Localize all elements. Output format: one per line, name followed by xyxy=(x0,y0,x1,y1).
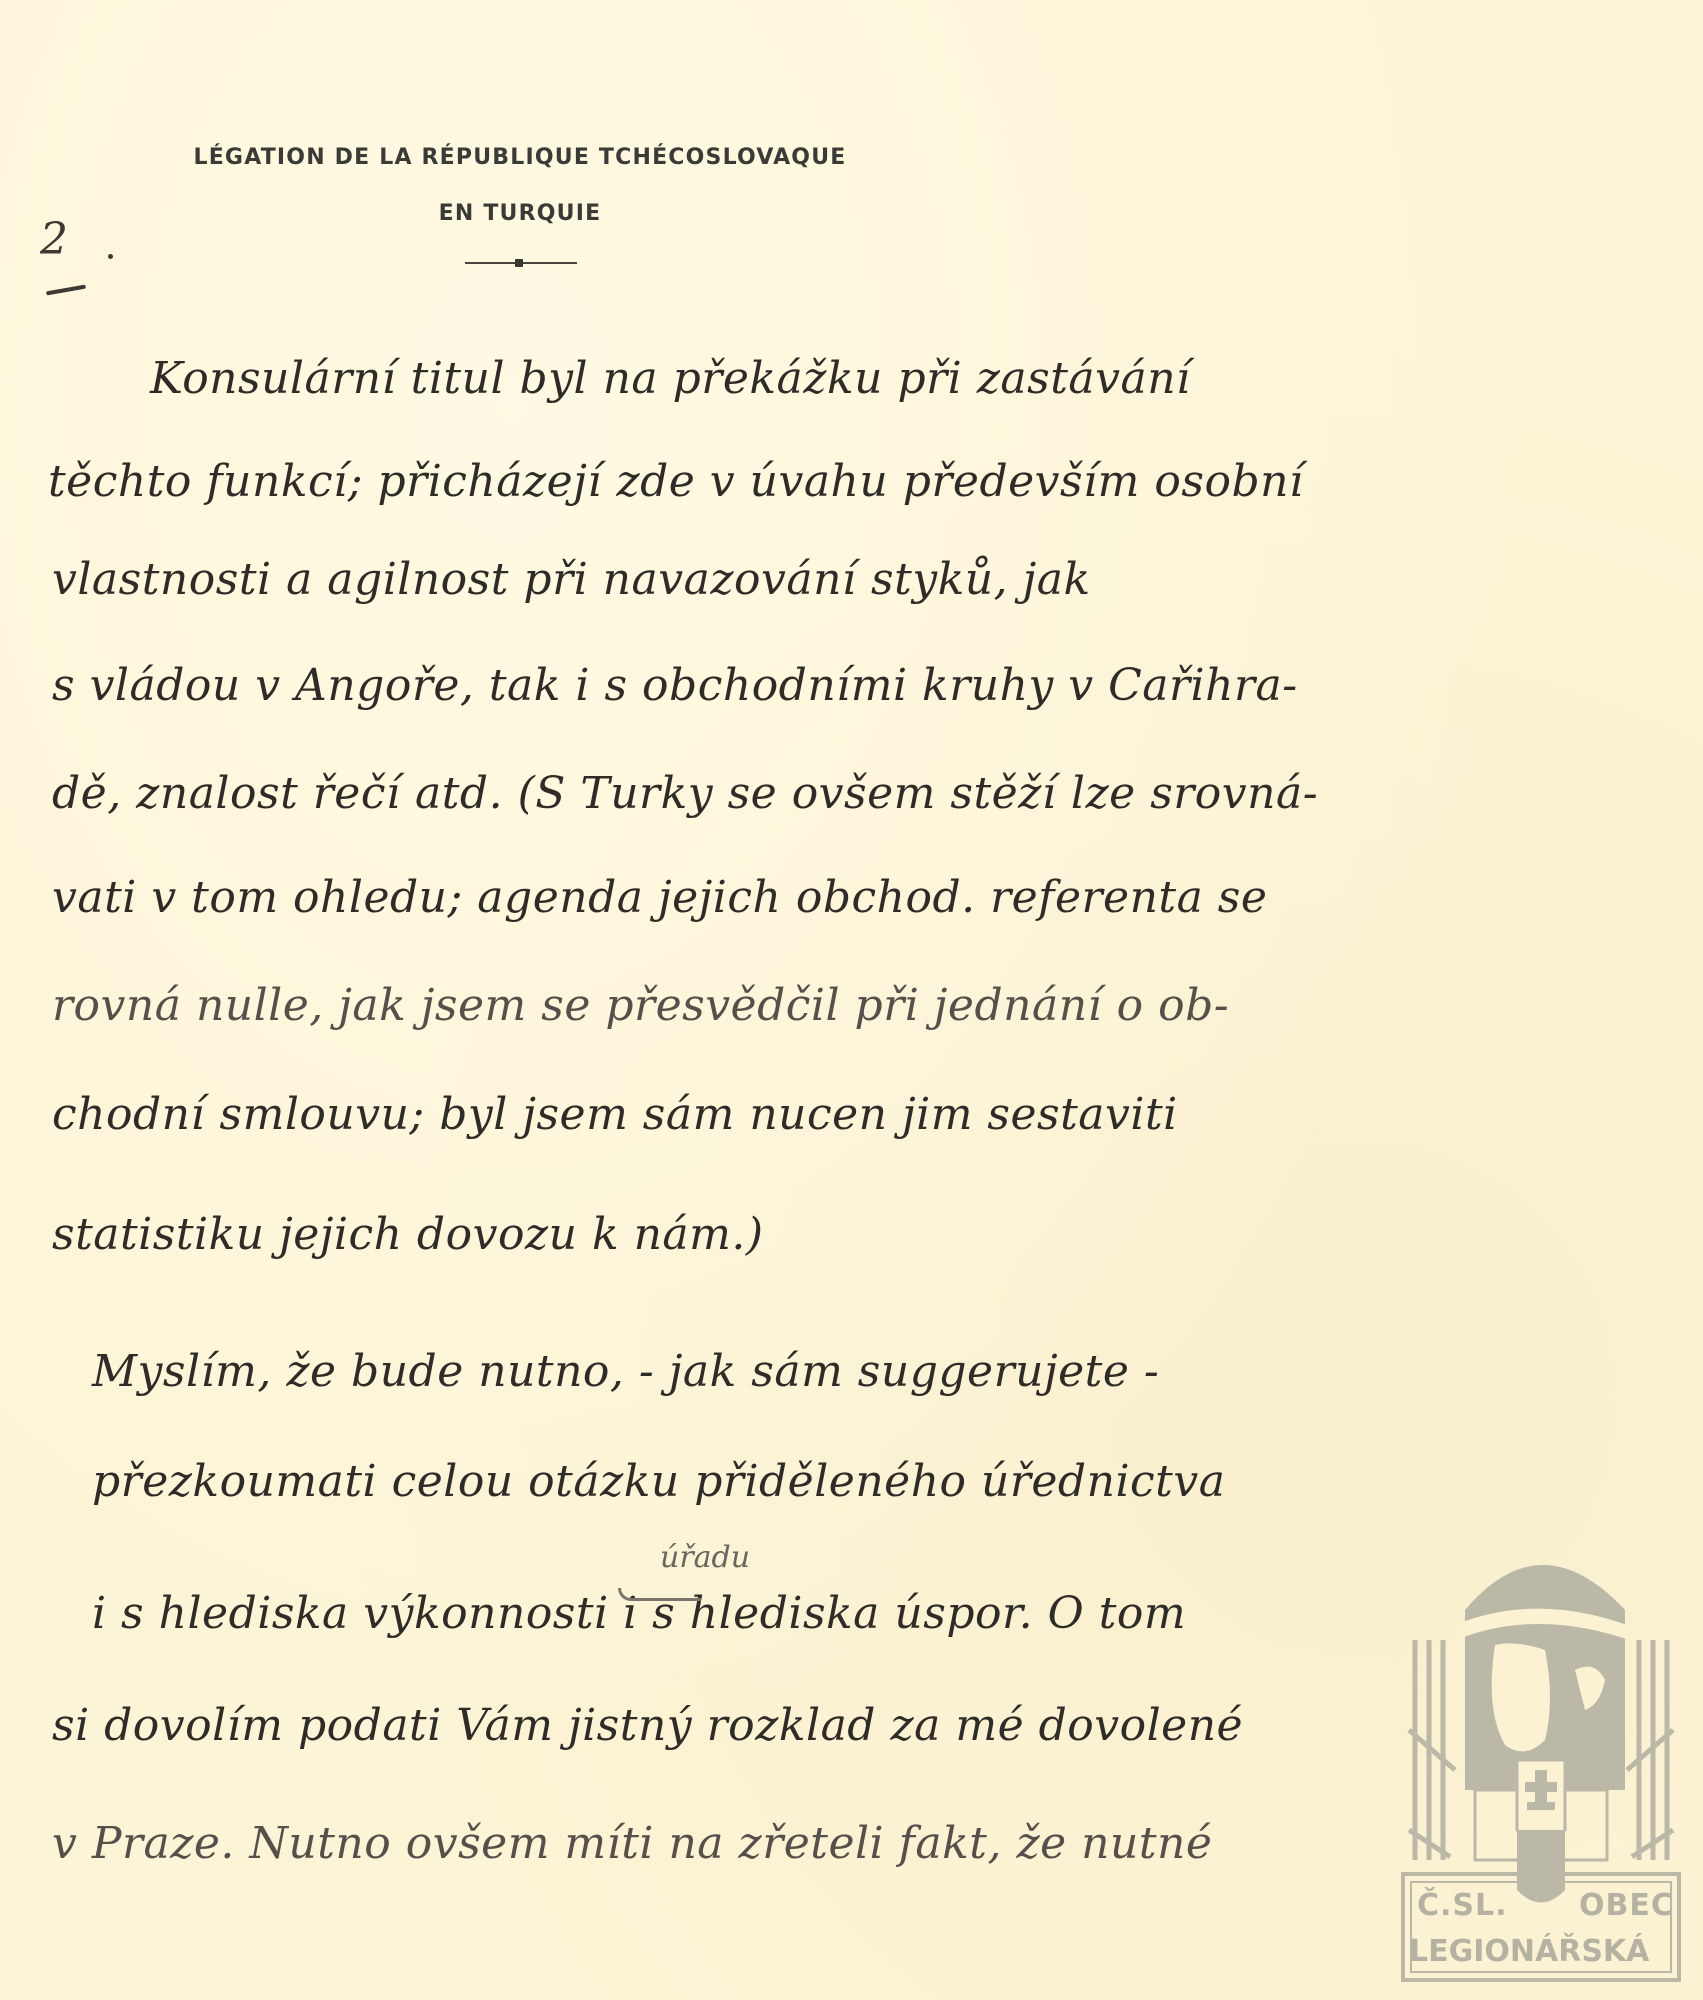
handwritten-line: statistiku jejich dovozu k nám.) xyxy=(52,1213,764,1257)
watermark-obec: OBEC xyxy=(1579,1888,1674,1923)
handwritten-insertion: úřadu xyxy=(660,1540,750,1575)
watermark-label-top: Č.SL. OBEC xyxy=(1417,1888,1508,1923)
watermark-stamp: Č.SL. OBEC LEGIONÁŘSKÁ xyxy=(1395,1530,1687,1988)
insertion-caret-mark xyxy=(618,1588,701,1601)
watermark-legionarska: LEGIONÁŘSKÁ xyxy=(1409,1934,1649,1969)
handwritten-line: vlastnosti a agilnost při navazování sty… xyxy=(52,558,1091,602)
handwritten-line: vati v tom ohledu; agenda jejich obchod.… xyxy=(52,876,1267,920)
handwritten-line: v Praze. Nutno ovšem míti na zřeteli fak… xyxy=(52,1822,1212,1866)
handwritten-line: Myslím, že bude nutno, - jak sám suggeru… xyxy=(92,1350,1159,1394)
handwritten-line: dě, znalost řečí atd. (S Turky se ovšem … xyxy=(52,772,1318,816)
handwritten-line: Konsulární titul byl na překážku při zas… xyxy=(150,357,1191,401)
handwritten-line: s vládou v Angoře, tak i s obchodními kr… xyxy=(52,664,1298,708)
handwritten-line: si dovolím podati Vám jistný rozklad za … xyxy=(52,1704,1243,1748)
watermark-csl: Č.SL. xyxy=(1417,1888,1508,1923)
handwritten-line: rovná nulle, jak jsem se přesvědčil při … xyxy=(52,984,1229,1028)
handwritten-line: těchto funkcí; přicházejí zde v úvahu př… xyxy=(48,460,1304,504)
handwritten-line: přezkoumati celou otázku přiděleného úře… xyxy=(92,1460,1225,1504)
handwritten-line: chodní smlouvu; byl jsem sám nucen jim s… xyxy=(52,1093,1178,1137)
